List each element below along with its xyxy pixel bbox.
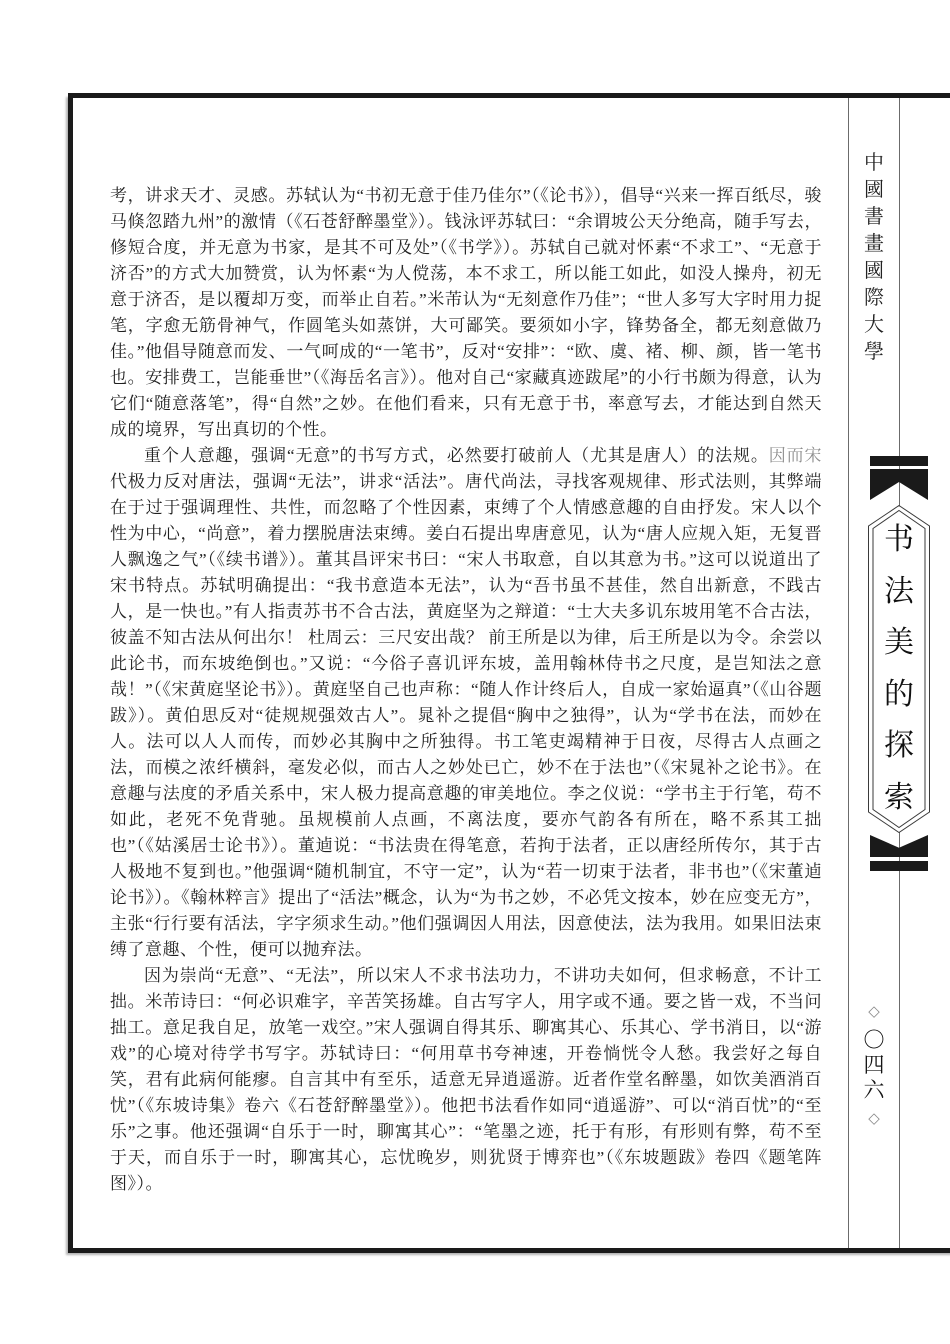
- chapter-title-char: 美: [884, 626, 914, 660]
- chapter-title-char: 探: [884, 729, 914, 763]
- paragraph: 考，讲求天才、灵感。苏轼认为“书初无意于佳乃佳尔”（《论书》），倡导“兴来一挥百…: [110, 183, 822, 443]
- main-text-block: 考，讲求天才、灵感。苏轼认为“书初无意于佳乃佳尔”（《论书》），倡导“兴来一挥百…: [110, 183, 822, 1197]
- page-number-column: ◇ 〇四六 ◇: [848, 1000, 900, 1131]
- chapter-title-box: 书法美的探索: [868, 456, 930, 872]
- page-number-char: 六: [864, 1078, 885, 1103]
- institution-char: 國: [864, 258, 884, 285]
- page-number-char: 四: [864, 1053, 885, 1078]
- text-segment: 重个人意趣，强调“无意”的书写方式，必然要打破前人（尤其是唐人）的法规。: [144, 446, 769, 465]
- institution-char: 國: [864, 177, 884, 204]
- book-page: 考，讲求天才、灵感。苏轼认为“书初无意于佳乃佳尔”（《论书》），倡导“兴来一挥百…: [0, 0, 950, 1344]
- chapter-title-char: 书: [884, 523, 914, 557]
- institution-char: 畫: [864, 231, 884, 258]
- institution-vertical-text: 中國書畫國際大學: [848, 150, 900, 366]
- text-segment: 代极力反对唐法，强调“无法”，讲求“活法”。唐代尚法，寻找客观规律、形式法则，其…: [110, 472, 822, 959]
- chapter-title-plaque: 书法美的探索: [868, 505, 930, 833]
- diamond-ornament-top: ◇: [868, 1000, 880, 1024]
- institution-char: 際: [864, 285, 884, 312]
- institution-char: 中: [864, 150, 884, 177]
- institution-char: 大: [864, 312, 884, 339]
- diamond-ornament-bottom: ◇: [868, 1107, 880, 1131]
- paragraph: 因为崇尚“无意”、“无法”，所以宋人不求书法功力，不讲功夫如何，但求畅意，不计工…: [110, 963, 822, 1197]
- page-number-vertical-text: 〇四六: [864, 1028, 885, 1103]
- title-box-top-banner: [870, 469, 928, 500]
- title-box-bottom-banner: [870, 835, 928, 857]
- page-number-char: 〇: [864, 1028, 885, 1053]
- text-segment: 考，讲求天才、灵感。苏轼认为“书初无意于佳乃佳尔”（《论书》），倡导“兴来一挥百…: [110, 186, 822, 439]
- title-box-top-bar: [870, 456, 928, 466]
- text-segment: 因为崇尚“无意”、“无法”，所以宋人不求书法功力，不讲功夫如何，但求畅意，不计工…: [110, 966, 822, 1193]
- institution-char: 書: [864, 204, 884, 231]
- chapter-title-vertical-text: 书法美的探索: [868, 523, 930, 815]
- chapter-title-char: 法: [884, 575, 914, 609]
- paragraph: 重个人意趣，强调“无意”的书写方式，必然要打破前人（尤其是唐人）的法规。因而宋代…: [110, 443, 822, 963]
- institution-char: 學: [864, 339, 884, 366]
- title-box-bottom-bar: [870, 861, 928, 871]
- chapter-title-char: 索: [884, 781, 914, 815]
- chapter-title-char: 的: [884, 678, 914, 712]
- faded-text-segment: 因而宋: [769, 446, 822, 465]
